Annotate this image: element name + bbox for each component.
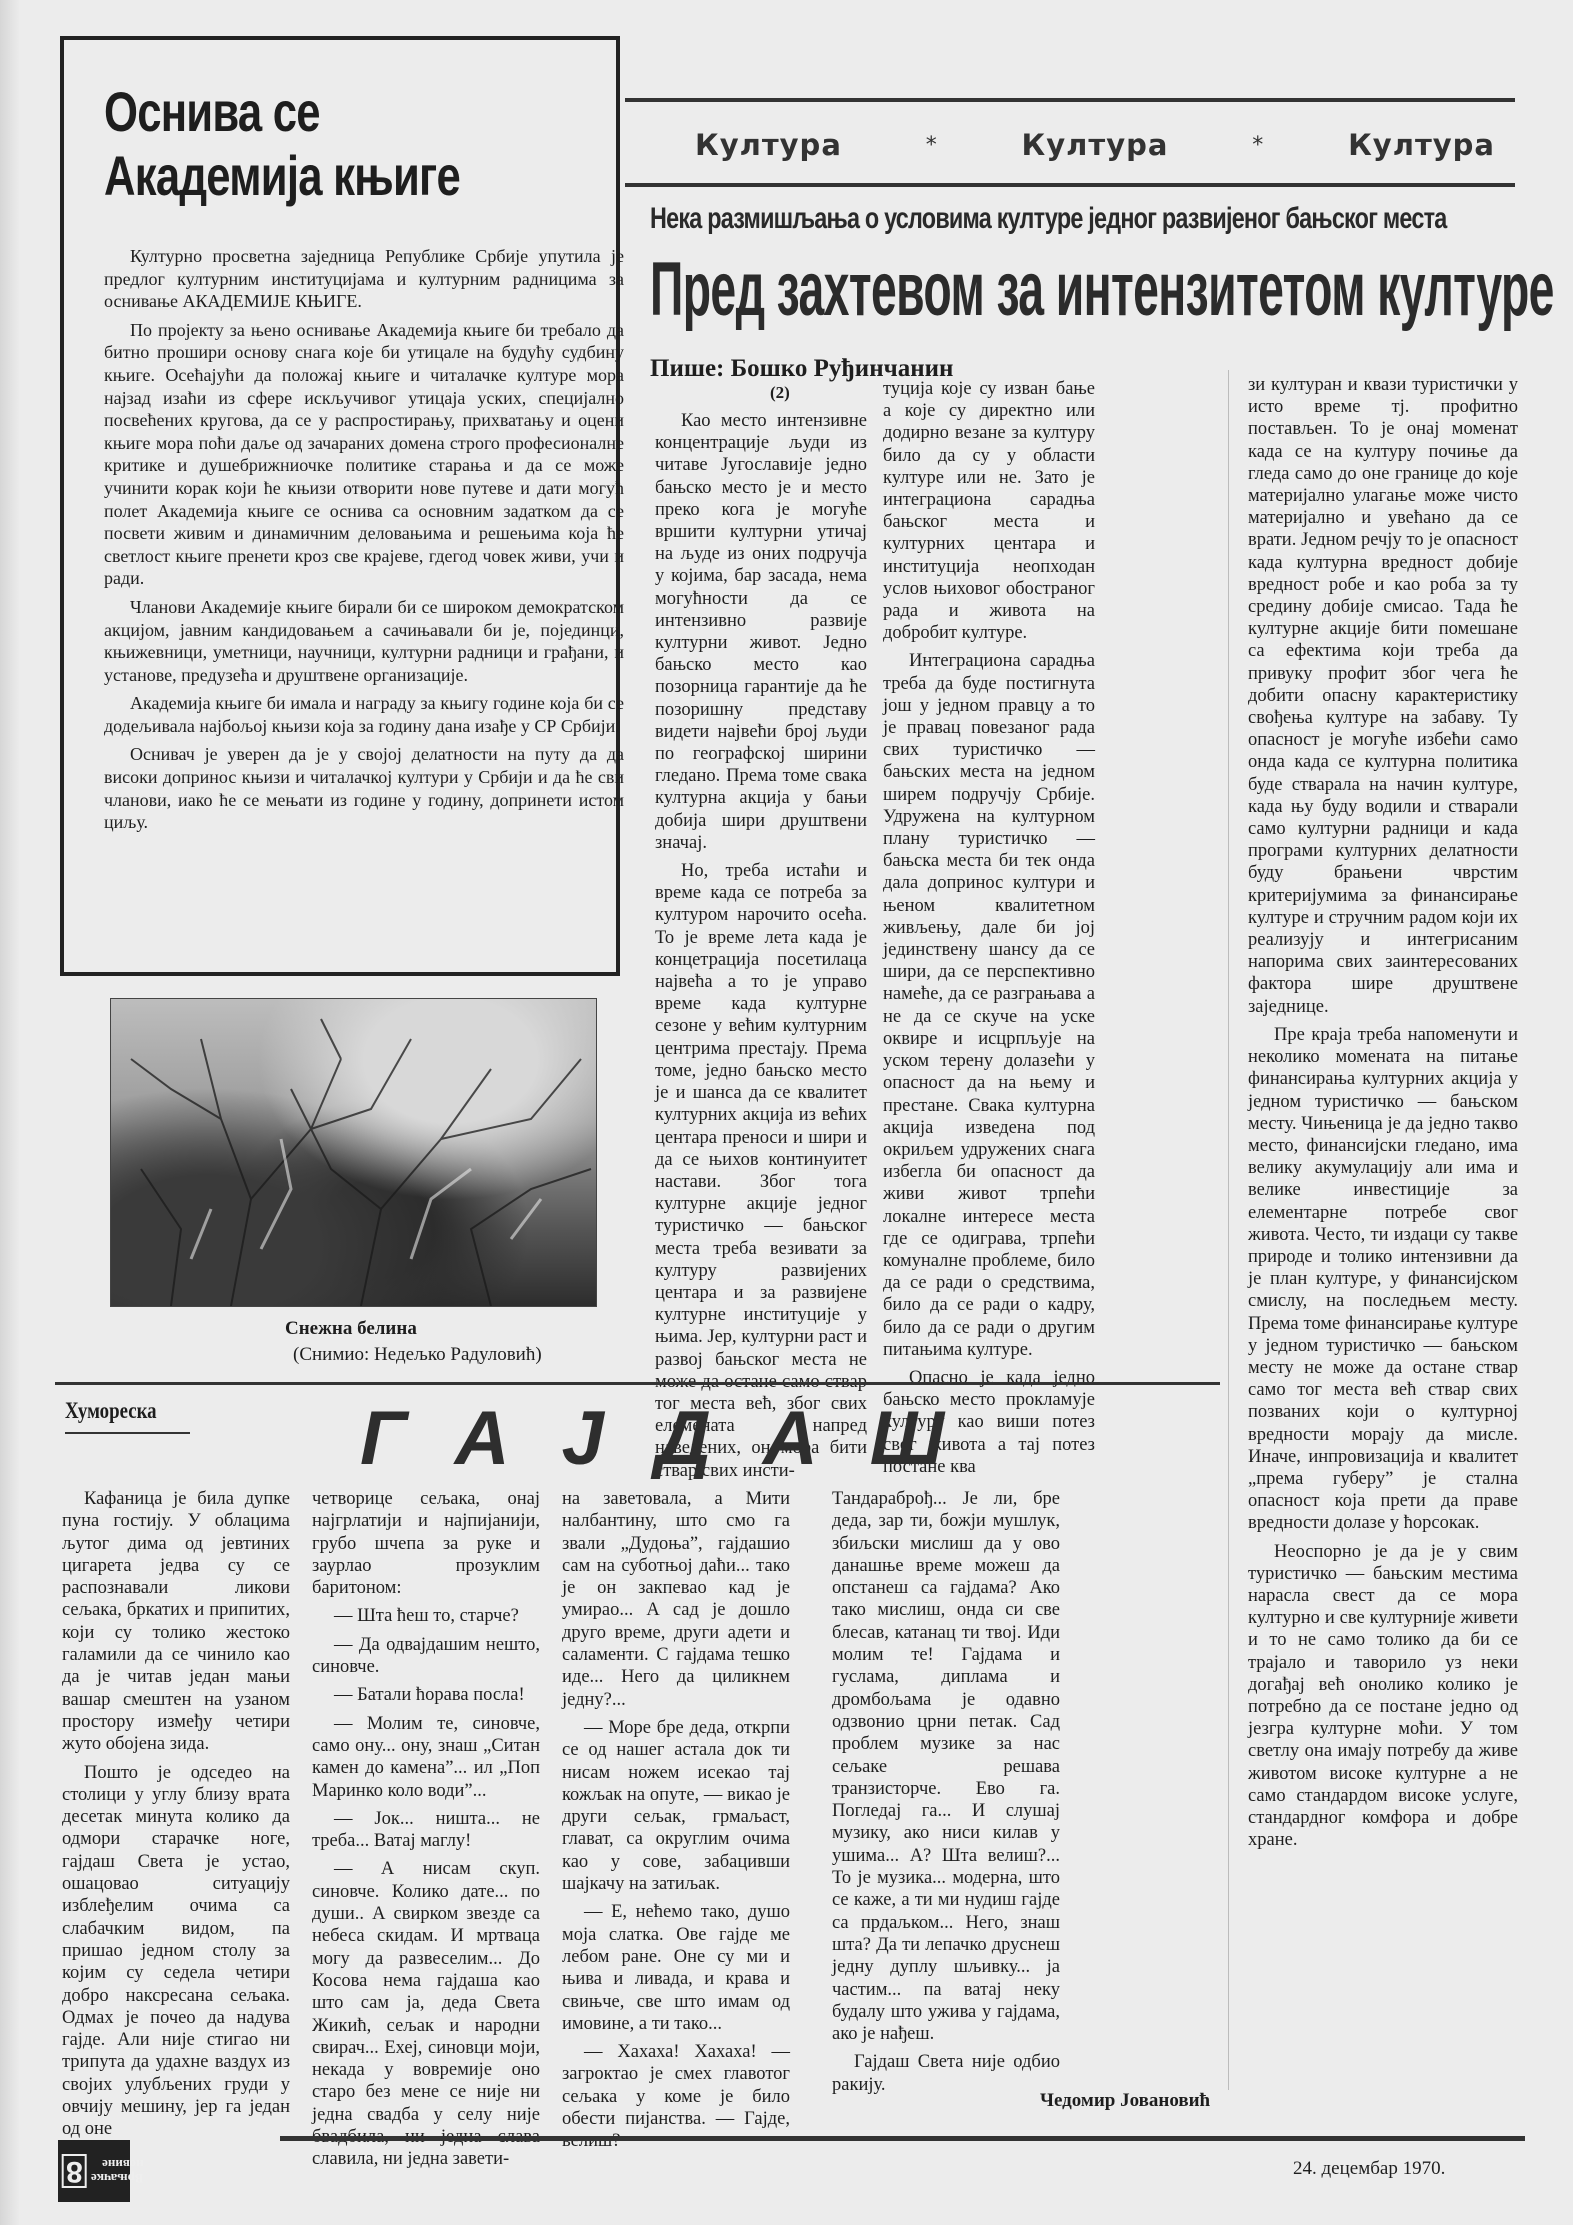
dialogue-line: — А нисам скуп. синовче. Колико дате... … xyxy=(312,1858,540,2170)
humoresque-label-underline xyxy=(65,1432,190,1434)
dialogue-line: — Да одвајдашим нешто, синовче. xyxy=(312,1634,540,1679)
article-column-3: зи културан и квази туристички у исто вр… xyxy=(1248,374,1518,1857)
dialogue-line: — Јок... ништа... не треба... Ватај магл… xyxy=(312,1808,540,1853)
paragraph: Културно просветна заједница Републике С… xyxy=(104,245,624,313)
paragraph: Но, треба истаћи и време када се потреба… xyxy=(655,860,867,1482)
academy-article-body: Културно просветна заједница Републике С… xyxy=(104,245,624,840)
paragraph: Пре краја треба напоменути и неколико мо… xyxy=(1248,1024,1518,1535)
article-part-number: (2) xyxy=(770,383,790,403)
article-bottom-rule xyxy=(620,1382,1220,1385)
dialogue-line: — Шта ћеш то, старче? xyxy=(312,1605,540,1627)
section-banner: Култура * Култура * Култура xyxy=(695,128,1515,162)
humoresque-column-3: на заветовала, а Мити налбантину, што см… xyxy=(562,1488,790,2159)
snow-tree-photo xyxy=(110,998,597,1307)
masthead-logo: 8 Врњачке новине xyxy=(58,2140,130,2202)
paragraph: Чланови Академије књиге бирали би се шир… xyxy=(104,596,624,686)
article-column-1: Као место интензивне концентрације људи … xyxy=(655,410,867,1488)
paragraph: По пројекту за њено оснивање Академија к… xyxy=(104,319,624,590)
humoresque-author: Чедомир Јовановић xyxy=(1040,2090,1210,2112)
humoresque-label: Хумореска xyxy=(65,1398,157,1424)
paragraph: Неоспорно је да је у свим туристичко — б… xyxy=(1248,1541,1518,1852)
dialogue-line: — Море бре деда, открпи се од нашег аста… xyxy=(562,1717,790,1895)
article-kicker: Нека размишљања о условима културе једно… xyxy=(650,202,1446,236)
photo-caption-credit: (Снимио: Недељко Радуловић) xyxy=(293,1344,542,1366)
paragraph: Тандараброђ... Је ли, бре деда, зар ти, … xyxy=(832,1488,1060,2045)
humoresque-top-rule xyxy=(55,1382,620,1385)
dialogue-line: — Молим те, синовче, само ону... ону, зн… xyxy=(312,1713,540,1802)
article-column-2: туција које су изван бање а које су дире… xyxy=(883,378,1095,1484)
paragraph: зи културан и квази туристички у исто вр… xyxy=(1248,374,1518,1018)
paragraph: на заветовала, а Мити налбантину, што см… xyxy=(562,1488,790,1711)
paragraph: Оснивач је уверен да је у својој делатно… xyxy=(104,743,624,833)
column-divider xyxy=(1228,370,1229,2090)
title-line-1: Оснива се xyxy=(104,80,460,144)
page-edge-shadow xyxy=(0,0,20,2225)
paragraph: Пошто је одседео на столици у углу близу… xyxy=(62,1762,290,2141)
humoresque-column-2: четворице сељака, онај најгрлатији и нај… xyxy=(312,1488,540,2177)
article-headline: Пред захтевом за интензитетом културе xyxy=(650,250,1554,330)
paragraph: туција које су изван бање а које су дире… xyxy=(883,378,1095,644)
title-line-2: Академија књиге xyxy=(104,144,460,208)
paragraph: Гајдаш Света није одбио ракију. xyxy=(832,2051,1060,2096)
issue-date: 24. децембар 1970. xyxy=(1293,2158,1445,2180)
paragraph: Интеграциона сарадња треба да буде пости… xyxy=(883,650,1095,1361)
humoresque-column-1: Кафаница је била дупке пуна гостију. У о… xyxy=(62,1488,290,2147)
footer-rule xyxy=(280,2136,1525,2141)
tree-branches-icon xyxy=(111,999,596,1306)
section-label: Култура xyxy=(695,128,842,162)
dialogue-line: — Е, нећемо тако, душо моја слатка. Ове … xyxy=(562,1901,790,2035)
photo-caption-title: Снежна белина xyxy=(285,1318,417,1340)
academy-article-box: Оснива се Академија књиге Културно просв… xyxy=(60,36,620,976)
page-number: 8 xyxy=(62,2154,87,2188)
section-label: Култура xyxy=(1022,128,1169,162)
humoresque-title: ГАЈДАШ xyxy=(360,1395,996,1482)
paragraph: Академија књиге би имала и награду за књ… xyxy=(104,692,624,737)
asterisk-separator: * xyxy=(926,133,938,158)
publication-name: Врњачке новине xyxy=(91,2157,144,2185)
section-label: Култура xyxy=(1348,128,1495,162)
paragraph: четворице сељака, онај најгрлатији и нај… xyxy=(312,1488,540,1599)
dialogue-line: — Батали ћорава посла! xyxy=(312,1684,540,1706)
asterisk-separator: * xyxy=(1252,133,1264,158)
paragraph: Као место интензивне концентрације људи … xyxy=(655,410,867,854)
humoresque-column-4: Тандараброђ... Је ли, бре деда, зар ти, … xyxy=(832,1488,1212,2102)
academy-article-title: Оснива се Академија књиге xyxy=(104,80,460,208)
banner-bottom-rule xyxy=(625,183,1515,187)
banner-top-rule xyxy=(625,98,1515,102)
paragraph: Кафаница је била дупке пуна гостију. У о… xyxy=(62,1488,290,1756)
